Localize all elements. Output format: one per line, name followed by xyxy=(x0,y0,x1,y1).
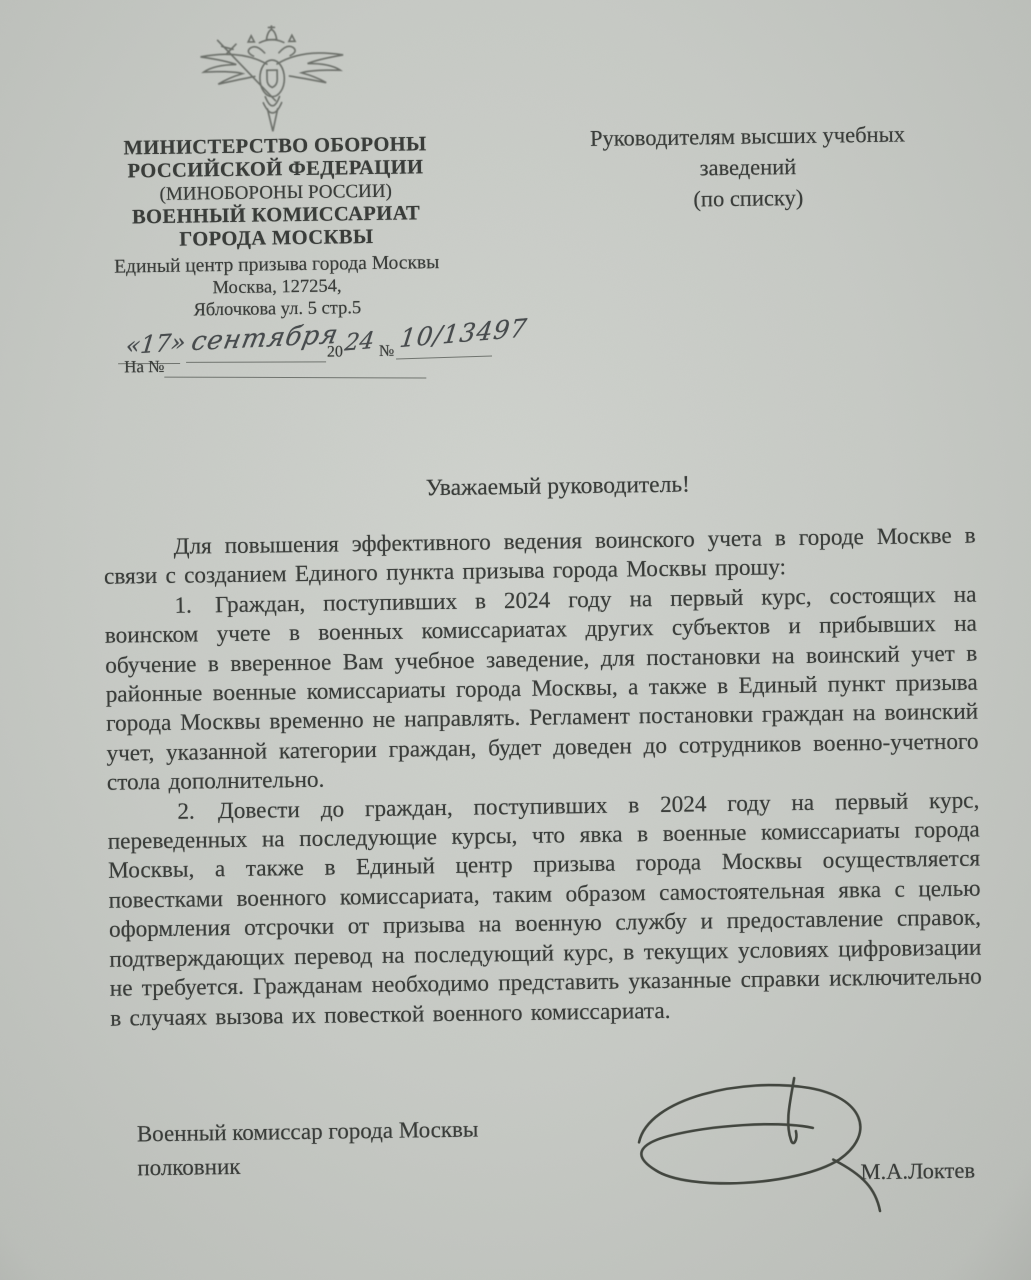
month-underline xyxy=(186,361,326,362)
salutation: Уважаемый руководитель! xyxy=(123,467,993,506)
reply-to-label: На № xyxy=(124,357,165,378)
mod-double-headed-eagle-icon xyxy=(194,24,350,136)
signer-rank: полковник xyxy=(137,1144,657,1185)
addressee-line: Руководителям высших учебных xyxy=(530,118,965,155)
printed-year-prefix: 20 xyxy=(327,343,343,361)
signer-post-block: Военный комиссар города Москвы полковник xyxy=(137,1110,658,1185)
handwritten-year: 24 xyxy=(343,328,376,357)
number-sign: № xyxy=(379,343,395,361)
handwritten-outgoing-number: 10/13497 xyxy=(398,313,529,353)
handwritten-signature-icon xyxy=(624,1067,906,1231)
addressee-line: (по списку) xyxy=(531,180,966,217)
letterhead-block: МИНИСТЕРСТВО ОБОРОНЫ РОССИЙСКОЙ ФЕДЕРАЦИ… xyxy=(75,133,478,324)
signer-name: М.А.Локтев xyxy=(860,1158,975,1186)
letter-content: МИНИСТЕРСТВО ОБОРОНЫ РОССИЙСКОЙ ФЕДЕРАЦИ… xyxy=(0,0,1031,1280)
body-item-2: 2. Довести до граждан, поступивших в 202… xyxy=(107,786,982,1033)
address-street: Яблочкова ул. 5 стр.5 xyxy=(77,296,477,324)
reply-number-underline xyxy=(164,377,426,379)
scanned-letter-page: МИНИСТЕРСТВО ОБОРОНЫ РОССИЙСКОЙ ФЕДЕРАЦИ… xyxy=(0,0,1031,1280)
letter-body: Для повышения эффективного ведения воинс… xyxy=(103,522,982,1034)
handwritten-month: сентября xyxy=(189,320,342,357)
number-underline xyxy=(396,355,492,359)
addressee-block: Руководителям высших учебных заведений (… xyxy=(530,118,966,217)
body-item-1: 1. Граждан, поступивших в 2024 году на п… xyxy=(104,580,979,798)
handwritten-day: «17» xyxy=(124,328,187,360)
